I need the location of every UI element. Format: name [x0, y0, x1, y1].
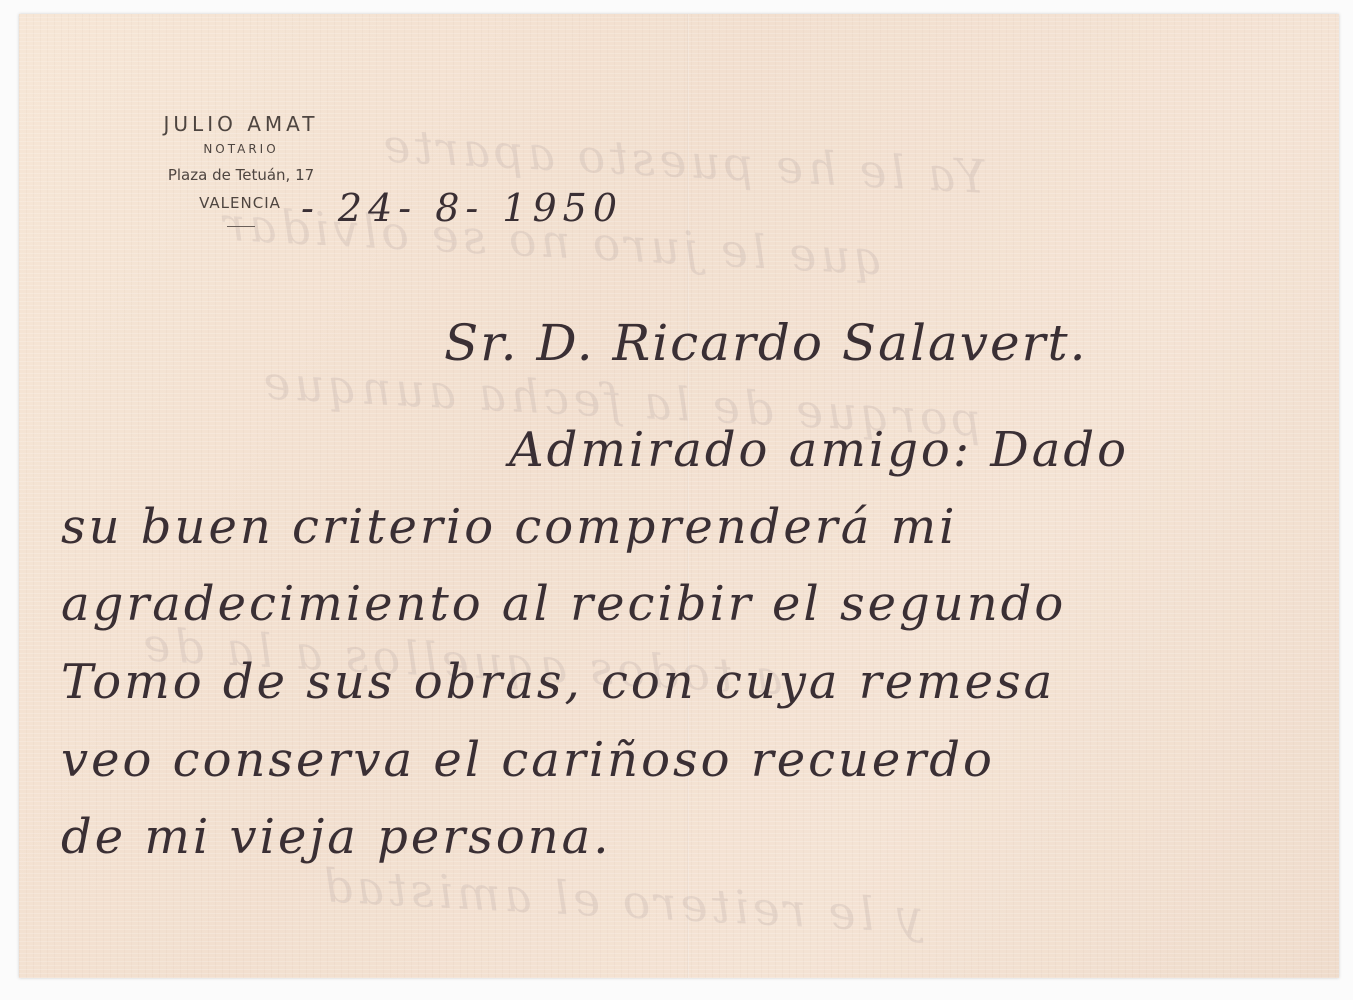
letterhead-rule	[227, 226, 255, 227]
letter-paper: Ya le he puesto aparte que le juro no se…	[19, 14, 1339, 978]
letterhead-name: JULIO AMAT	[114, 112, 354, 136]
letter-salutation: Sr. D. Ricardo Salavert.	[444, 314, 1087, 372]
letter-date: - 24- 8- 1950	[301, 186, 623, 230]
letter-body-line: agradecimiento al recibir el segundo	[61, 576, 1066, 632]
letter-body-line: de mi vieja persona.	[61, 809, 612, 865]
letterhead-title: NOTARIO	[114, 142, 354, 156]
letter-body-line: veo conserva el cariñoso recuerdo	[61, 732, 995, 788]
letterhead-address: Plaza de Tetuán, 17	[114, 166, 354, 184]
bleed-through-text: y le reitero el amistad	[318, 858, 924, 944]
letter-body-line: Tomo de sus obras, con cuya remesa	[61, 654, 1055, 710]
letter-body-line: su buen criterio comprenderá mi	[61, 499, 957, 555]
letter-body-line: Admirado amigo: Dado	[509, 422, 1129, 478]
